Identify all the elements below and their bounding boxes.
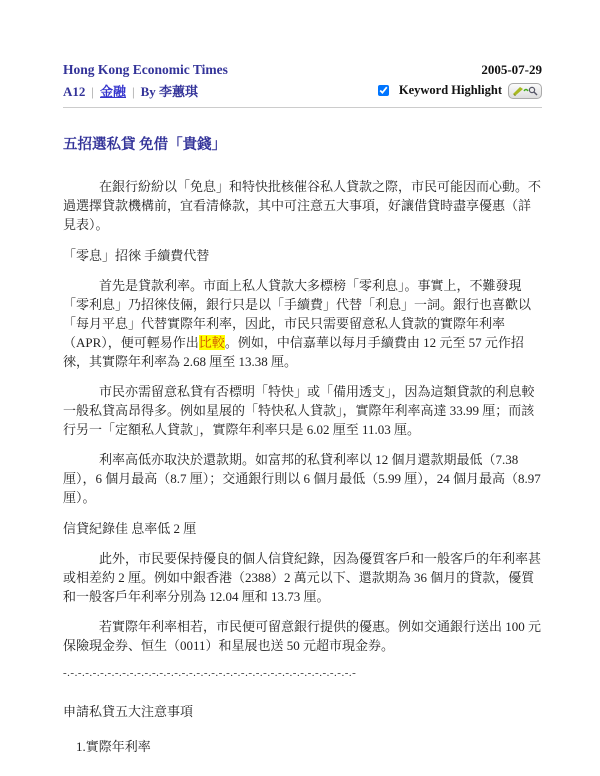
byline: By 李蕙琪: [141, 84, 198, 99]
highlighted-keyword: 比較: [199, 335, 225, 350]
page-number: A12: [63, 84, 85, 99]
article-header: Hong Kong Economic Times 2005-07-29 A12|…: [63, 62, 542, 108]
article-date: 2005-07-29: [481, 62, 542, 78]
highlighter-search-button[interactable]: [508, 83, 542, 99]
header-divider: [63, 107, 542, 108]
subheading-zero-interest: 「零息」招徠 手續費代替: [63, 246, 542, 265]
paragraph-tenor: 利率高低亦取決於還款期。如富邦的私貸利率以 12 個月還款期最低（7.38 厘）…: [63, 450, 542, 507]
article-title: 五招選私貸 免借「貴錢」: [63, 133, 542, 154]
keyword-highlight-label: Keyword Highlight: [399, 83, 502, 98]
paragraph-express-loan: 市民亦需留意私貸有否標明「特快」或「備用透支」，因為這類貸款的利息較一般私貸高昂…: [63, 382, 542, 439]
keyword-highlight-checkbox[interactable]: [378, 85, 389, 96]
publication-name: Hong Kong Economic Times: [63, 62, 228, 78]
highlighter-search-icon: [511, 85, 539, 97]
meta-divider: |: [91, 84, 94, 99]
header-row-meta: A12|金融|By 李蕙琪 Keyword Highlight: [63, 81, 542, 100]
notes-item-1: 1.實際年利率: [63, 737, 542, 756]
header-row-top: Hong Kong Economic Times 2005-07-29: [63, 62, 542, 78]
paragraph-apr: 首先是貸款利率。市面上私人貸款大多標榜「零利息」。事實上，不難發現「零利息」乃招…: [63, 276, 542, 371]
paragraph-offers: 若實際年利率相若，市民便可留意銀行提供的優惠。例如交通銀行送出 100 元保險現…: [63, 617, 542, 655]
separator-line: -.-.-.-.-.-.-.-.-.-.-.-.-.-.-.-.-.-.-.-.…: [63, 664, 542, 683]
paragraph-credit: 此外，市民要保持優良的個人信貸紀錄，因為優質客戶和一般客戶的年利率甚或相差約 2…: [63, 549, 542, 606]
subheading-credit-record: 信貸紀錄佳 息率低 2 厘: [63, 519, 542, 538]
keyword-highlight-control: Keyword Highlight: [378, 83, 542, 99]
meta-divider: |: [132, 84, 135, 99]
article-page: Hong Kong Economic Times 2005-07-29 A12|…: [0, 0, 600, 776]
paragraph-intro: 在銀行紛紛以「免息」和特快批核催谷私人貸款之際，市民可能因而心動。不過選擇貸款機…: [63, 177, 542, 234]
section-link[interactable]: 金融: [100, 84, 126, 99]
notes-title: 申請私貸五大注意事項: [63, 702, 542, 721]
article-meta: A12|金融|By 李蕙琪: [63, 81, 198, 100]
article-body: 在銀行紛紛以「免息」和特快批核催谷私人貸款之際，市民可能因而心動。不過選擇貸款機…: [63, 177, 542, 756]
